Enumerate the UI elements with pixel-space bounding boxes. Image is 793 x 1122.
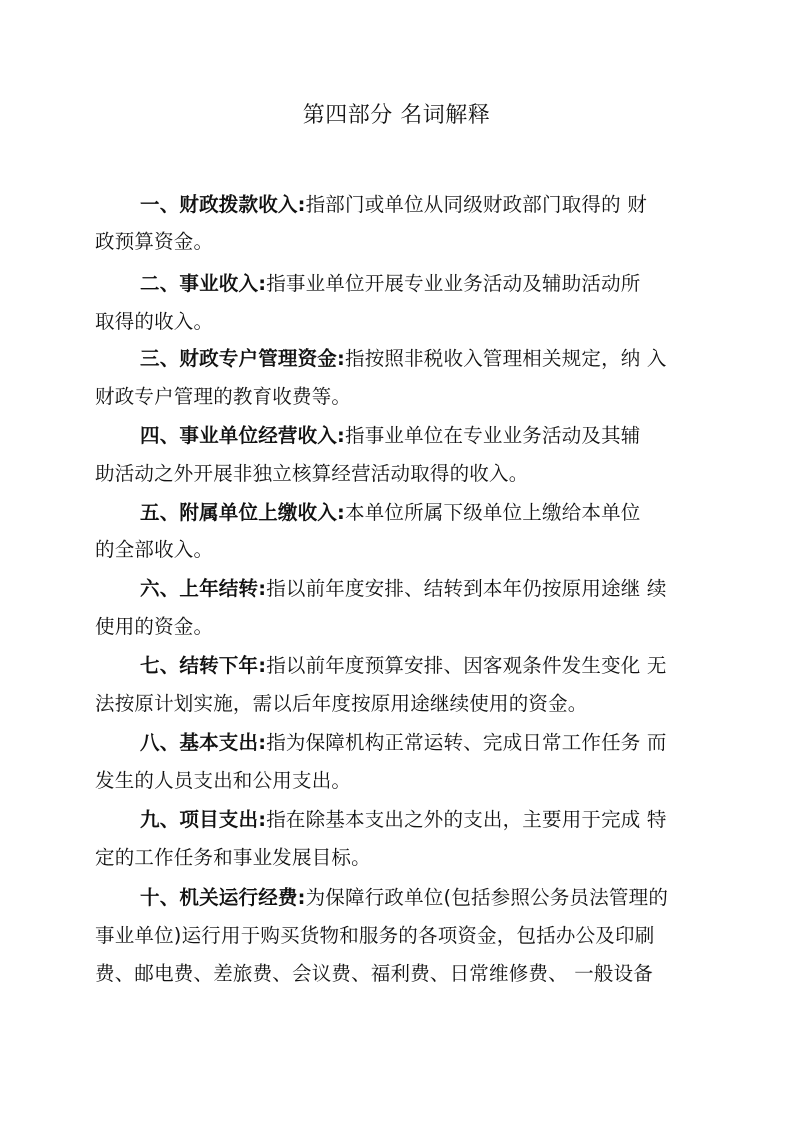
definition-text: 为保障行政单位(包括参照公务员法管理的 — [306, 886, 668, 909]
entry-1-line-2: 政预算资金。 — [95, 226, 705, 254]
term-label: 七、结转下年: — [140, 654, 266, 677]
term-label: 三、财政专户管理资金: — [140, 347, 345, 370]
definition-text: 指以前年度预算安排、因客观条件发生变化 无 — [266, 654, 666, 677]
entry-4-line-2: 助活动之外开展非独立核算经营活动取得的收入。 — [95, 458, 705, 486]
entry-9-line-1: 九、项目支出:指在除基本支出之外的支出，主要用于完成 特 — [140, 804, 750, 832]
entry-6-line-1: 六、上年结转:指以前年度安排、结转到本年仍按原用途继 续 — [140, 573, 750, 601]
page-title: 第四部分 名词解释 — [0, 98, 793, 129]
entry-8-line-1: 八、基本支出:指为保障机构正常运转、完成日常工作任务 而 — [140, 727, 750, 755]
entry-10-line-1: 十、机关运行经费:为保障行政单位(包括参照公务员法管理的 — [140, 882, 750, 910]
entry-10-line-3: 费、邮电费、差旅费、会议费、福利费、日常维修费、 一般设备 — [95, 958, 705, 986]
entry-7-line-1: 七、结转下年:指以前年度预算安排、因客观条件发生变化 无 — [140, 650, 750, 678]
term-label: 十、机关运行经费: — [140, 886, 306, 909]
term-label: 六、上年结转: — [140, 577, 266, 600]
entry-8-line-2: 发生的人员支出和公用支出。 — [95, 765, 705, 793]
definition-text: 指在除基本支出之外的支出，主要用于完成 特 — [266, 808, 666, 831]
definition-text: 本单位所属下级单位上缴给本单位 — [345, 501, 641, 524]
entry-3-line-1: 三、财政专户管理资金:指按照非税收入管理相关规定，纳 入 — [140, 343, 750, 371]
term-label: 一、财政拨款收入: — [140, 193, 306, 216]
entry-10-line-2: 事业单位)运行用于购买货物和服务的各项资金，包括办公及印刷 — [95, 920, 705, 948]
definition-text: 指事业单位开展专业业务活动及辅助活动所 — [266, 272, 640, 295]
term-label: 二、事业收入: — [140, 272, 266, 295]
term-label: 四、事业单位经营收入: — [140, 424, 345, 447]
definition-text: 指事业单位在专业业务活动及其辅 — [345, 424, 641, 447]
definition-text: 指为保障机构正常运转、完成日常工作任务 而 — [266, 731, 666, 754]
term-label: 九、项目支出: — [140, 808, 266, 831]
definition-text: 指按照非税收入管理相关规定，纳 入 — [345, 347, 667, 370]
entry-5-line-2: 的全部收入。 — [95, 534, 705, 562]
entry-6-line-2: 使用的资金。 — [95, 611, 705, 639]
entry-1-line-1: 一、财政拨款收入:指部门或单位从同级财政部门取得的 财 — [140, 189, 750, 217]
entry-9-line-2: 定的工作任务和事业发展目标。 — [95, 842, 705, 870]
term-label: 八、基本支出: — [140, 731, 266, 754]
entry-2-line-1: 二、事业收入:指事业单位开展专业业务活动及辅助活动所 — [140, 268, 750, 296]
entry-7-line-2: 法按原计划实施，需以后年度按原用途继续使用的资金。 — [95, 688, 705, 716]
entry-3-line-2: 财政专户管理的教育收费等。 — [95, 381, 705, 409]
definition-text: 指部门或单位从同级财政部门取得的 财 — [306, 193, 647, 216]
definition-text: 指以前年度安排、结转到本年仍按原用途继 续 — [266, 577, 666, 600]
entry-2-line-2: 取得的收入。 — [95, 306, 705, 334]
term-label: 五、附属单位上缴收入: — [140, 501, 345, 524]
entry-4-line-1: 四、事业单位经营收入:指事业单位在专业业务活动及其辅 — [140, 420, 750, 448]
entry-5-line-1: 五、附属单位上缴收入:本单位所属下级单位上缴给本单位 — [140, 497, 750, 525]
